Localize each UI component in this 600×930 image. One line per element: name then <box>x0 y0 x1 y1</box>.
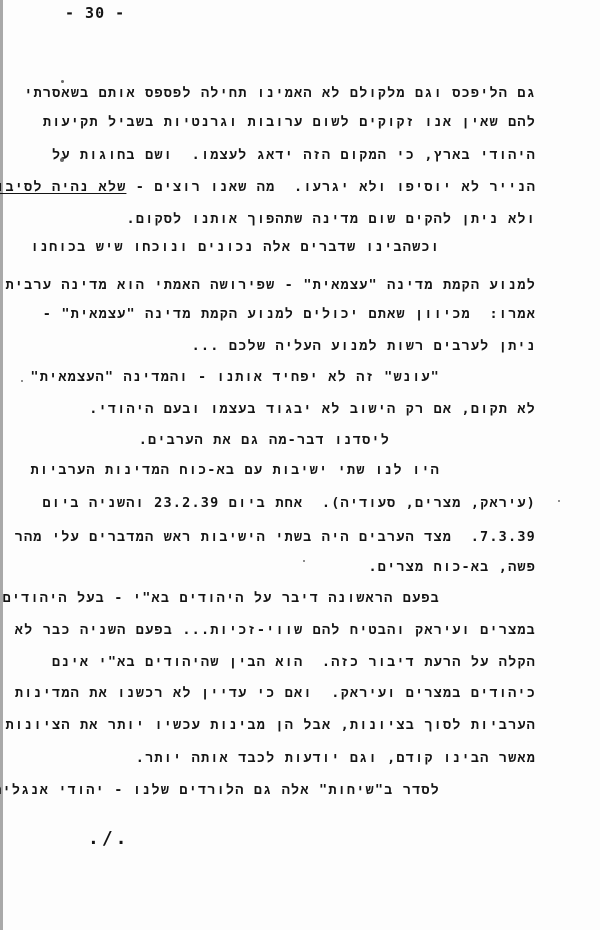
text-line: ולא ניתן להקים שום מדינה שתהפוך אותנו לס… <box>127 210 536 228</box>
text-line: למנוע הקמת מדינה "עצמאית" - שפירושה האמת… <box>0 276 536 294</box>
text-line: מאשר הבינו קודם, וגם יודעות לכבד אותה יו… <box>136 749 536 767</box>
text-line: כיהודים במצרים ועיראק. ואם כי עדיין לא ר… <box>15 684 536 702</box>
text-line: אמרו: מכיוון שאתם יכולים למנוע הקמת מדינ… <box>43 305 536 323</box>
text-line: היו לנו שתי ישיבות עם בא-כוח המדינות הער… <box>31 461 440 479</box>
scan-speck <box>558 500 560 502</box>
text-line: הקלה על הרעת דיבור כזה. הוא הבין שהיהודי… <box>52 653 536 671</box>
scan-speck <box>303 560 305 562</box>
underlined-phrase: שלא נהיה לסיבוס. <box>0 179 126 195</box>
text-line: (עיראק, מצרים, סעודיה). אחת ביום 23.2.39… <box>42 494 536 512</box>
typewritten-page: - 30 - גם הליפכס וגם מלקולם לא האמינו תח… <box>0 0 600 930</box>
text-line: "עונש" זה לא יפחיד אותנו - והמדינה "העצמ… <box>30 368 440 386</box>
text-line: ניתן לערבים רשות למנוע העליה שלכם ... <box>192 337 536 355</box>
text-line: פשה, בא-כוח מצרים. <box>368 558 536 576</box>
page-number: - 30 - <box>65 4 125 22</box>
scan-speck <box>60 158 64 162</box>
text-line: וכשהבינו שדברים אלה נכונים ונוכחו שיש בכ… <box>31 238 440 256</box>
text-line: גם הליפכס וגם מלקולם לא האמינו תחילה לפס… <box>24 84 536 102</box>
text-line-with-underline: הנייר לא יוסיפו ולא יגרעו. מה שאנו רוצים… <box>0 178 536 196</box>
scan-speck <box>61 80 64 83</box>
text-line: לסדר ב"שיחות" אלה גם הלורדים שלנו - יהוד… <box>0 781 440 799</box>
text-line: בפעם הראשונה דיבר על היהודים בא"י - בעל … <box>3 589 440 607</box>
text-line: לא תקום, אם רק הישוב לא יבגוד בעצמו ובעם… <box>89 400 536 418</box>
text-line: ליסדנו דבר-מה גם את הערבים. <box>139 431 390 449</box>
continuation-mark: ./. <box>88 828 130 849</box>
text-line: להם שאין אנו זקוקים לשום ערובות וגרנטיות… <box>43 113 536 131</box>
text-segment: הנייר לא יוסיפו ולא יגרעו. מה שאנו רוצים… <box>126 179 536 195</box>
text-line: היהודי בארץ, כי המקום הזה ידאג לעצמו. וש… <box>52 146 536 164</box>
text-line: במצרים ועיראק והבטיח להם שווי-זכיות... ב… <box>15 621 536 639</box>
text-line: הערביות לסוך בציונות, אבל הן מבינות עכשי… <box>6 716 536 734</box>
text-line: 7.3.39. מצד הערבים היה בשתי הישיבות ראש … <box>15 528 536 546</box>
scan-speck <box>21 380 23 382</box>
